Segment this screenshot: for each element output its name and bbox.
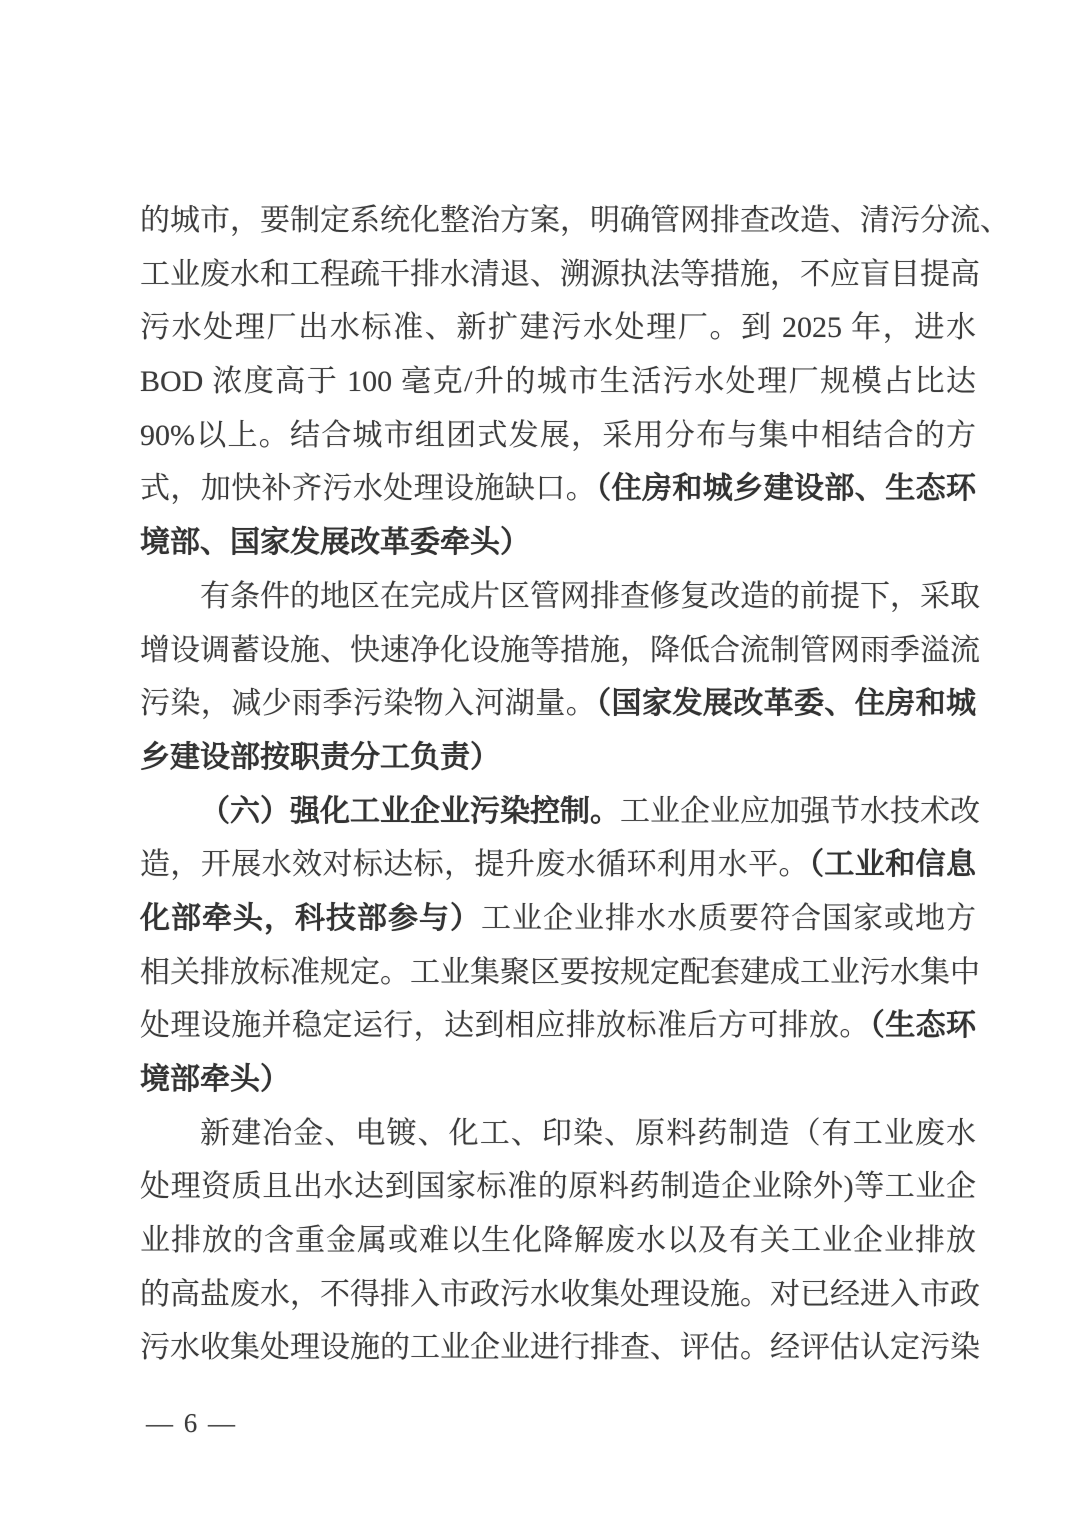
document-page: 的城市，要制定系统化整治方案，明确管网排查改造、清污分流、工业废水和工程疏干排水… [0, 0, 1080, 1527]
text-line: 乡建设部按职责分工负责） [140, 731, 976, 785]
text-run: 的高盐废水，不得排入市政污水收集处理设施。对已经进入市政 [140, 1278, 980, 1311]
text-run: 式，加快补齐污水处理设施缺口。 [140, 472, 596, 505]
text-line: 新建冶金、电镀、化工、印染、原料药制造（有工业废水 [140, 1107, 976, 1161]
text-line: （六）强化工业企业污染控制。工业企业应加强节水技术改 [140, 785, 976, 839]
text-line: 污染，减少雨季污染物入河湖量。（国家发展改革委、住房和城 [140, 677, 976, 731]
text-line: 化部牵头，科技部参与）工业企业排水水质要符合国家或地方 [140, 892, 976, 946]
text-line: 有条件的地区在完成片区管网排查修复改造的前提下，采取 [140, 570, 976, 624]
text-run: 有条件的地区在完成片区管网排查修复改造的前提下，采取 [200, 580, 980, 613]
text-run: 业排放的含重金属或难以生化降解废水以及有关工业企业排放 [140, 1224, 976, 1257]
text-line: 境部、国家发展改革委牵头） [140, 516, 976, 570]
text-run: 工业废水和工程疏干排水清退、溯源执法等措施，不应盲目提高 [140, 258, 980, 291]
text-line: 造，开展水效对标达标，提升废水循环利用水平。（工业和信息 [140, 838, 976, 892]
text-line: 处理设施并稳定运行，达到相应排放标准后方可排放。（生态环 [140, 999, 976, 1053]
text-line: 境部牵头） [140, 1053, 976, 1107]
text-run-emphasis: 境部、国家发展改革委牵头） [140, 526, 530, 559]
text-line: 相关排放标准规定。工业集聚区要按规定配套建成工业污水集中 [140, 946, 976, 1000]
text-run-emphasis: 乡建设部按职责分工负责） [140, 741, 500, 774]
text-run: 工业企业应加强节水技术改 [620, 795, 980, 828]
text-line: 污水收集处理设施的工业企业进行排查、评估。经评估认定污染 [140, 1321, 976, 1375]
document-text-block: 的城市，要制定系统化整治方案，明确管网排查改造、清污分流、工业废水和工程疏干排水… [140, 194, 976, 1375]
text-run: 污水处理厂出水标准、新扩建污水处理厂。到 2025 年，进水 [140, 311, 976, 344]
text-run-emphasis: （住房和城乡建设部、生态环 [596, 472, 976, 505]
text-run: 的城市，要制定系统化整治方案，明确管网排查改造、清污分流、 [140, 204, 1010, 237]
text-run-emphasis: （六）强化工业企业污染控制。 [200, 795, 620, 828]
text-line: 工业废水和工程疏干排水清退、溯源执法等措施，不应盲目提高 [140, 248, 976, 302]
text-line: 污水处理厂出水标准、新扩建污水处理厂。到 2025 年，进水 [140, 301, 976, 355]
text-run: 相关排放标准规定。工业集聚区要按规定配套建成工业污水集中 [140, 956, 980, 989]
text-line: 90%以上。结合城市组团式发展，采用分布与集中相结合的方 [140, 409, 976, 463]
text-line: 业排放的含重金属或难以生化降解废水以及有关工业企业排放 [140, 1214, 976, 1268]
text-line: 的高盐废水，不得排入市政污水收集处理设施。对已经进入市政 [140, 1268, 976, 1322]
text-line: 的城市，要制定系统化整治方案，明确管网排查改造、清污分流、 [140, 194, 976, 248]
text-run-emphasis: （工业和信息 [809, 848, 976, 881]
text-run-emphasis: 境部牵头） [140, 1063, 290, 1096]
text-line: BOD 浓度高于 100 毫克/升的城市生活污水处理厂规模占比达 [140, 355, 976, 409]
text-line: 式，加快补齐污水处理设施缺口。（住房和城乡建设部、生态环 [140, 462, 976, 516]
text-run: 处理设施并稳定运行，达到相应排放标准后方可排放。 [140, 1009, 870, 1042]
text-run: 新建冶金、电镀、化工、印染、原料药制造（有工业废水 [200, 1117, 976, 1150]
text-run: 90%以上。结合城市组团式发展，采用分布与集中相结合的方 [140, 419, 976, 452]
text-run-emphasis: （国家发展改革委、住房和城 [596, 687, 976, 720]
page-number: — 6 — [146, 1408, 237, 1439]
text-line: 增设调蓄设施、快速净化设施等措施，降低合流制管网雨季溢流 [140, 624, 976, 678]
text-run: 造，开展水效对标达标，提升废水循环利用水平。 [140, 848, 809, 881]
text-run: 增设调蓄设施、快速净化设施等措施，降低合流制管网雨季溢流 [140, 634, 980, 667]
text-line: 处理资质且出水达到国家标准的原料药制造企业除外)等工业企 [140, 1160, 976, 1214]
text-run: 处理资质且出水达到国家标准的原料药制造企业除外)等工业企 [140, 1170, 976, 1203]
text-run-emphasis: 化部牵头，科技部参与） [140, 902, 481, 935]
text-run: 污染，减少雨季污染物入河湖量。 [140, 687, 596, 720]
text-run-emphasis: （生态环 [870, 1009, 976, 1042]
text-run: 污水收集处理设施的工业企业进行排查、评估。经评估认定污染 [140, 1331, 980, 1364]
text-run: BOD 浓度高于 100 毫克/升的城市生活污水处理厂规模占比达 [140, 365, 976, 398]
text-run: 工业企业排水水质要符合国家或地方 [481, 902, 976, 935]
